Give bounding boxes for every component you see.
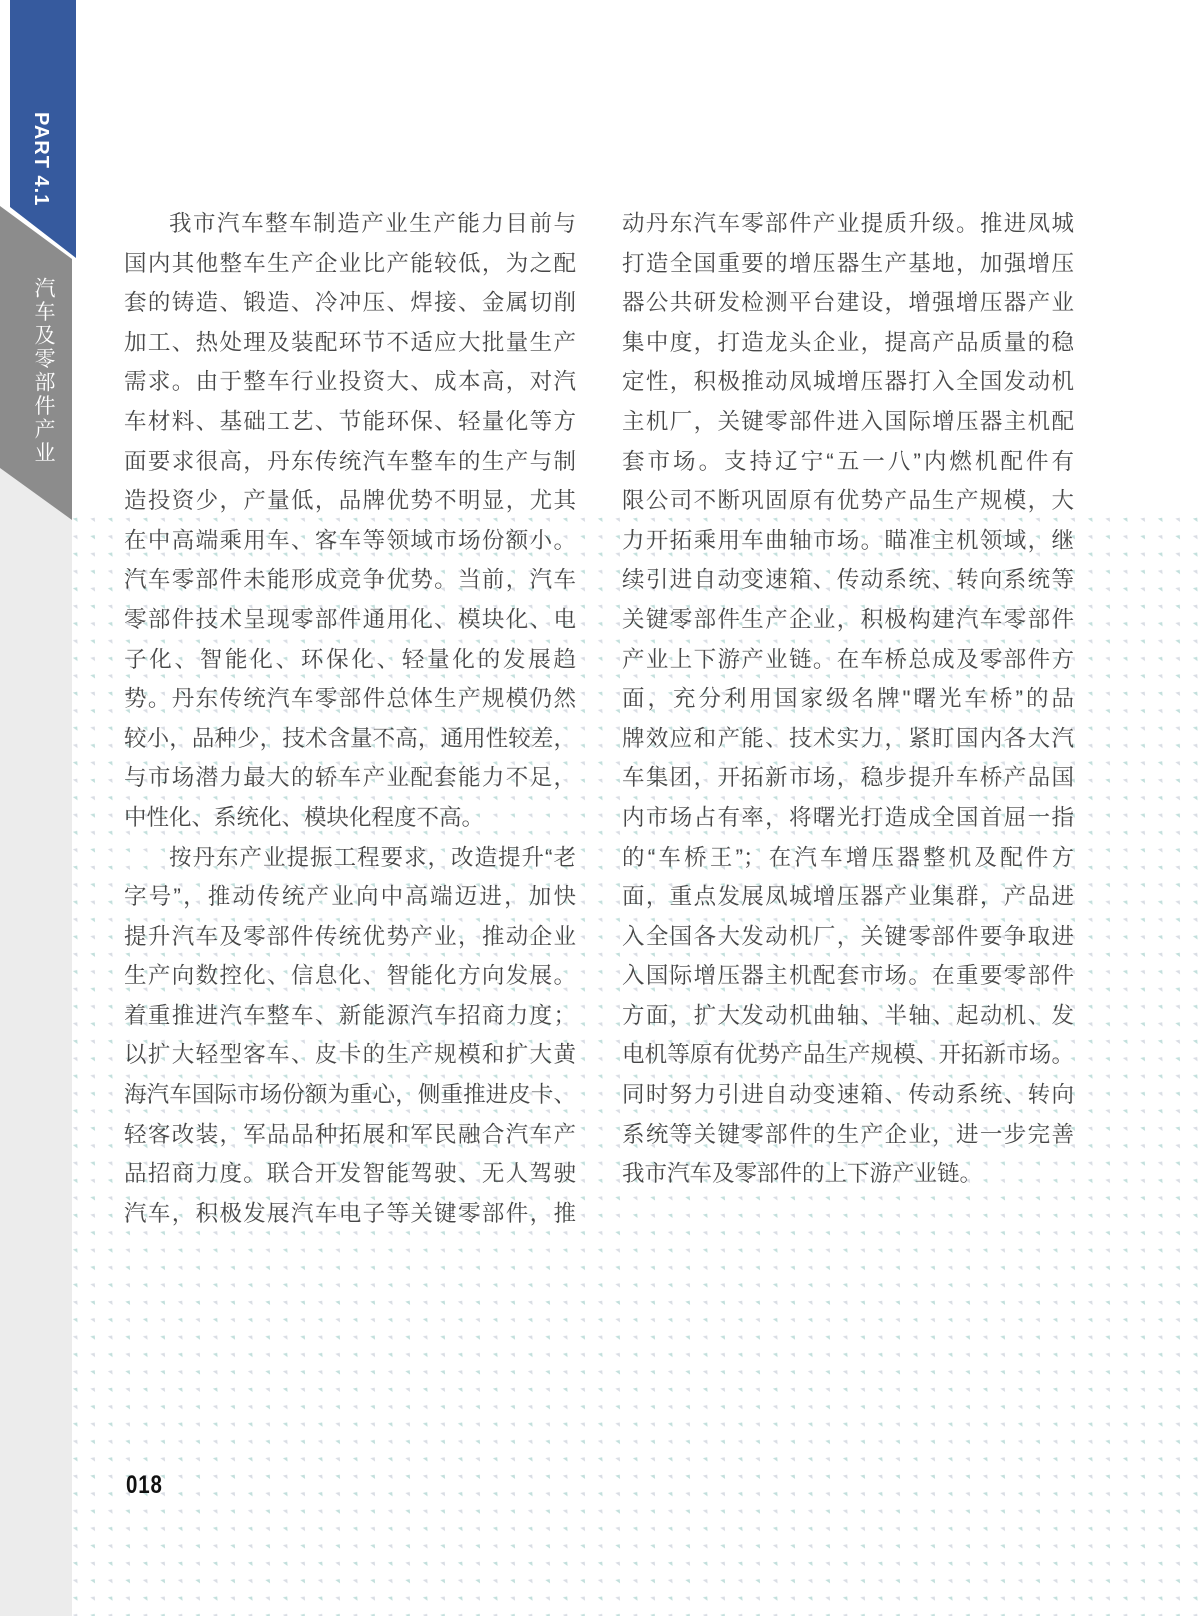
text-line: 国内其他整车生产企业比产能较低，为之配 xyxy=(124,244,576,284)
text-line: 造投资少，产量低，品牌优势不明显，尤其 xyxy=(124,481,576,521)
text-line: 与市场潜力最大的轿车产业配套能力不足， xyxy=(124,758,576,798)
text-line: 我市汽车及零部件的上下游产业链。 xyxy=(622,1154,1074,1194)
text-line: 器公共研发检测平台建设，增强增压器产业 xyxy=(622,283,1074,323)
text-line: 续引进自动变速箱、传动系统、转向系统等 xyxy=(622,560,1074,600)
text-line: 内市场占有率，将曙光打造成全国首屈一指 xyxy=(622,798,1074,838)
text-line: 车集团，开拓新市场，稳步提升车桥产品国 xyxy=(622,758,1074,798)
text-line: 产业上下游产业链。在车桥总成及零部件方 xyxy=(622,640,1074,680)
text-line: 生产向数控化、信息化、智能化方向发展。 xyxy=(124,956,576,996)
paragraph: 动丹东汽车零部件产业提质升级。推进凤城打造全国重要的增压器生产基地，加强增压器公… xyxy=(622,204,1074,1194)
paragraph: 我市汽车整车制造产业生产能力目前与国内其他整车生产企业比产能较低，为之配套的铸造… xyxy=(124,204,576,838)
text-line: 子化、智能化、环保化、轻量化的发展趋 xyxy=(124,640,576,680)
text-line: 着重推进汽车整车、新能源汽车招商力度； xyxy=(124,996,576,1036)
text-line: 中性化、系统化、模块化程度不高。 xyxy=(124,798,576,838)
text-line: 动丹东汽车零部件产业提质升级。推进凤城 xyxy=(622,204,1074,244)
text-line: 在中高端乘用车、客车等领域市场份额小。 xyxy=(124,521,576,561)
text-line: 方面，扩大发动机曲轴、半轴、起动机、发 xyxy=(622,996,1074,1036)
text-line: 需求。由于整车行业投资大、成本高，对汽 xyxy=(124,362,576,402)
text-line: 轻客改装，军品品种拓展和军民融合汽车产 xyxy=(124,1115,576,1155)
text-line: 车材料、基础工艺、节能环保、轻量化等方 xyxy=(124,402,576,442)
text-line: 限公司不断巩固原有优势产品生产规模，大 xyxy=(622,481,1074,521)
text-line: 以扩大轻型客车、皮卡的生产规模和扩大黄 xyxy=(124,1035,576,1075)
text-column-right: 动丹东汽车零部件产业提质升级。推进凤城打造全国重要的增压器生产基地，加强增压器公… xyxy=(622,204,1074,1194)
text-line: 势。丹东传统汽车零部件总体生产规模仍然 xyxy=(124,679,576,719)
text-line: 海汽车国际市场份额为重心，侧重推进皮卡、 xyxy=(124,1075,576,1115)
text-line: 入国际增压器主机配套市场。在重要零部件 xyxy=(622,956,1074,996)
text-line: 系统等关键零部件的生产企业，进一步完善 xyxy=(622,1115,1074,1155)
text-line: 的“车桥王”；在汽车增压器整机及配件方 xyxy=(622,838,1074,878)
text-line: 同时努力引进自动变速箱、传动系统、转向 xyxy=(622,1075,1074,1115)
text-line: 集中度，打造龙头企业，提高产品质量的稳 xyxy=(622,323,1074,363)
text-line: 品招商力度。联合开发智能驾驶、无人驾驶 xyxy=(124,1154,576,1194)
text-line: 关键零部件生产企业，积极构建汽车零部件 xyxy=(622,600,1074,640)
text-column-left: 我市汽车整车制造产业生产能力目前与国内其他整车生产企业比产能较低，为之配套的铸造… xyxy=(124,204,576,1233)
text-line: 汽车零部件未能形成竞争优势。当前，汽车 xyxy=(124,560,576,600)
part-number-label: PART 4.1 xyxy=(29,112,52,206)
text-line: 定性，积极推动凤城增压器打入全国发动机 xyxy=(622,362,1074,402)
text-line: 主机厂，关键零部件进入国际增压器主机配 xyxy=(622,402,1074,442)
text-line: 提升汽车及零部件传统优势产业，推动企业 xyxy=(124,917,576,957)
text-line: 入全国各大发动机厂，关键零部件要争取进 xyxy=(622,917,1074,957)
text-line: 牌效应和产能、技术实力，紧盯国内各大汽 xyxy=(622,719,1074,759)
text-line: 套的铸造、锻造、冷冲压、焊接、金属切削 xyxy=(124,283,576,323)
text-line: 力开拓乘用车曲轴市场。瞄准主机领域，继 xyxy=(622,521,1074,561)
text-line: 加工、热处理及装配环节不适应大批量生产 xyxy=(124,323,576,363)
text-line: 按丹东产业提振工程要求，改造提升“老 xyxy=(124,838,576,878)
text-line: 面，充分利用国家级名牌"曙光车桥”的品 xyxy=(622,679,1074,719)
text-line: 汽车，积极发展汽车电子等关键零部件，推 xyxy=(124,1194,576,1234)
text-line: 面要求很高，丹东传统汽车整车的生产与制 xyxy=(124,442,576,482)
text-line: 面，重点发展凤城增压器产业集群，产品进 xyxy=(622,877,1074,917)
document-page: PART 4.1 汽车及零部件产业 我市汽车整车制造产业生产能力目前与国内其他整… xyxy=(0,0,1200,1616)
text-line: 较小，品种少，技术含量不高，通用性较差， xyxy=(124,719,576,759)
section-title-label: 汽车及零部件产业 xyxy=(28,277,58,465)
text-line: 我市汽车整车制造产业生产能力目前与 xyxy=(124,204,576,244)
text-line: 字号”，推动传统产业向中高端迈进，加快 xyxy=(124,877,576,917)
text-line: 套市场。支持辽宁“五一八”内燃机配件有 xyxy=(622,442,1074,482)
text-line: 电机等原有优势产品生产规模、开拓新市场。 xyxy=(622,1035,1074,1075)
page-number: 018 xyxy=(126,1471,163,1500)
paragraph: 按丹东产业提振工程要求，改造提升“老字号”，推动传统产业向中高端迈进，加快提升汽… xyxy=(124,838,576,1234)
text-line: 打造全国重要的增压器生产基地，加强增压 xyxy=(622,244,1074,284)
text-line: 零部件技术呈现零部件通用化、模块化、电 xyxy=(124,600,576,640)
